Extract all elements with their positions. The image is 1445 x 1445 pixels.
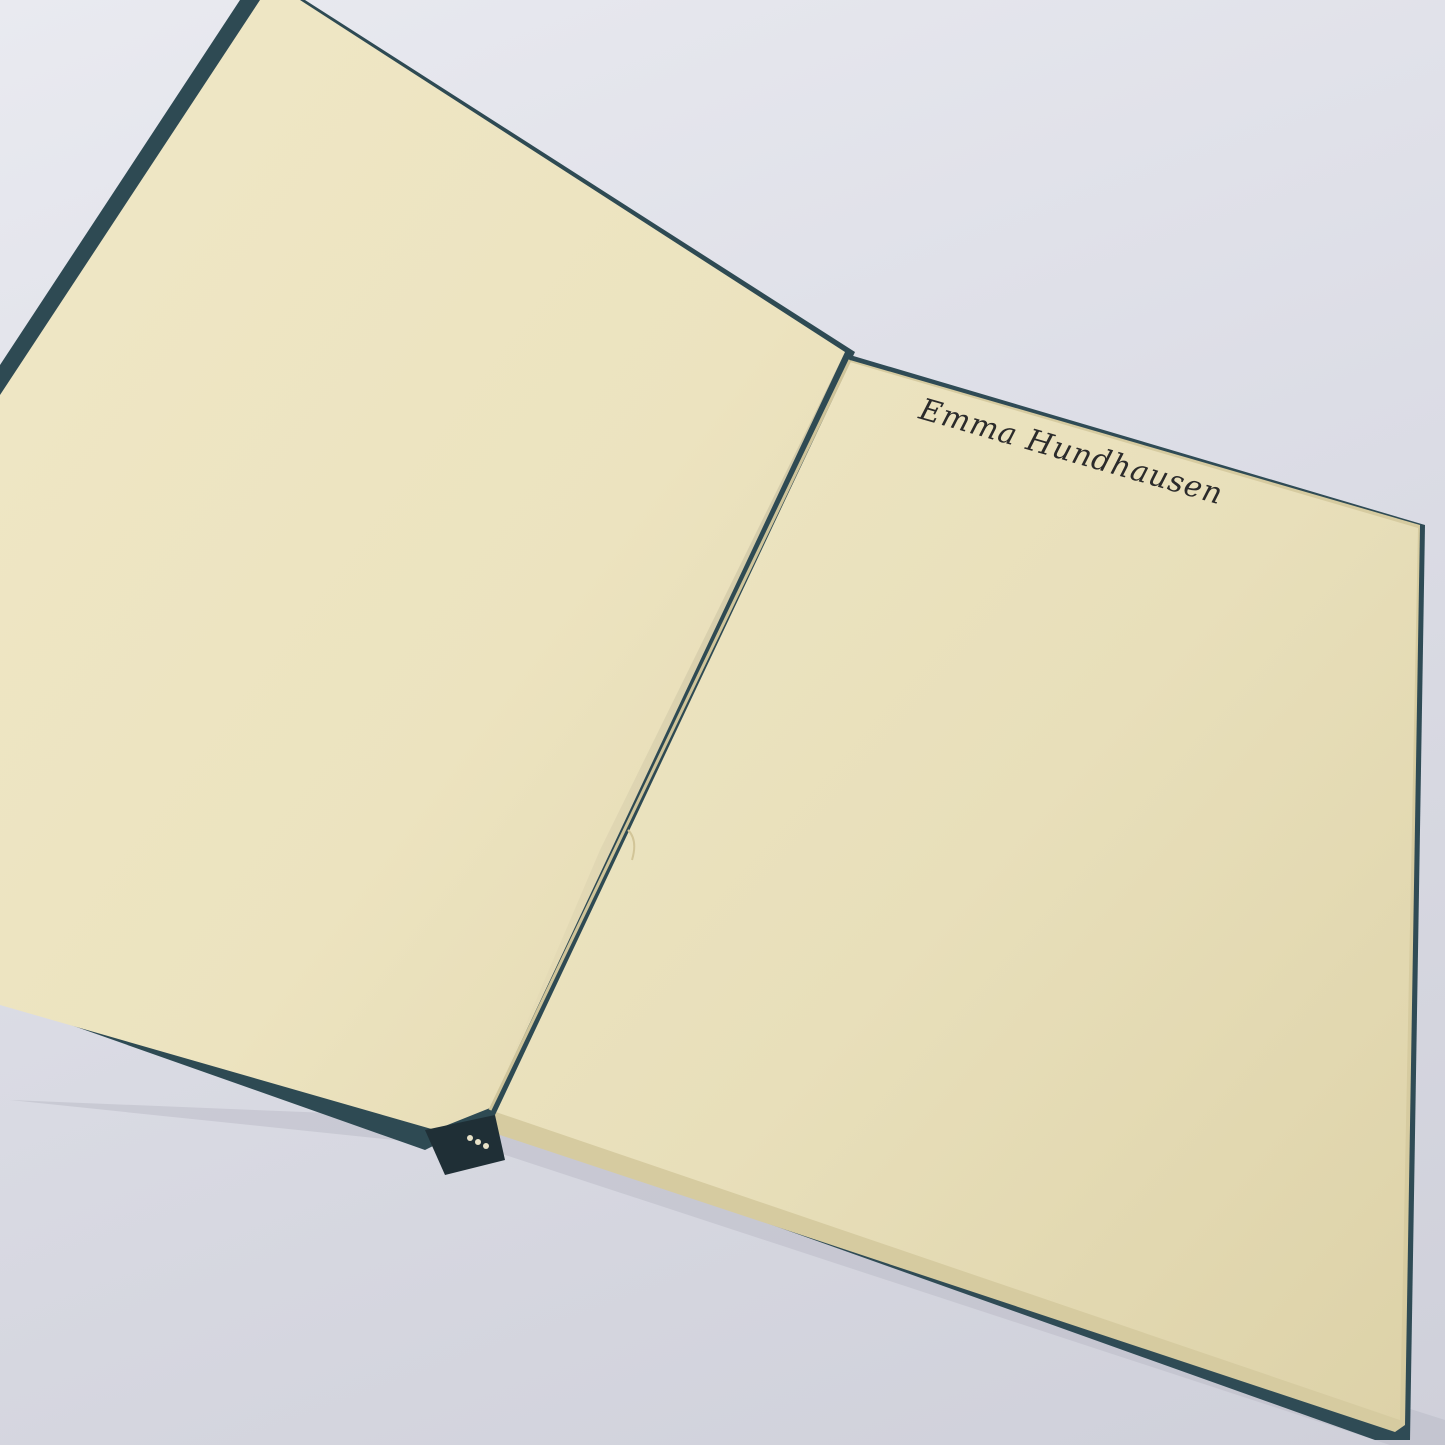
book-illustration bbox=[0, 0, 1445, 1445]
book-photo: Emma Hundhausen bbox=[0, 0, 1445, 1445]
